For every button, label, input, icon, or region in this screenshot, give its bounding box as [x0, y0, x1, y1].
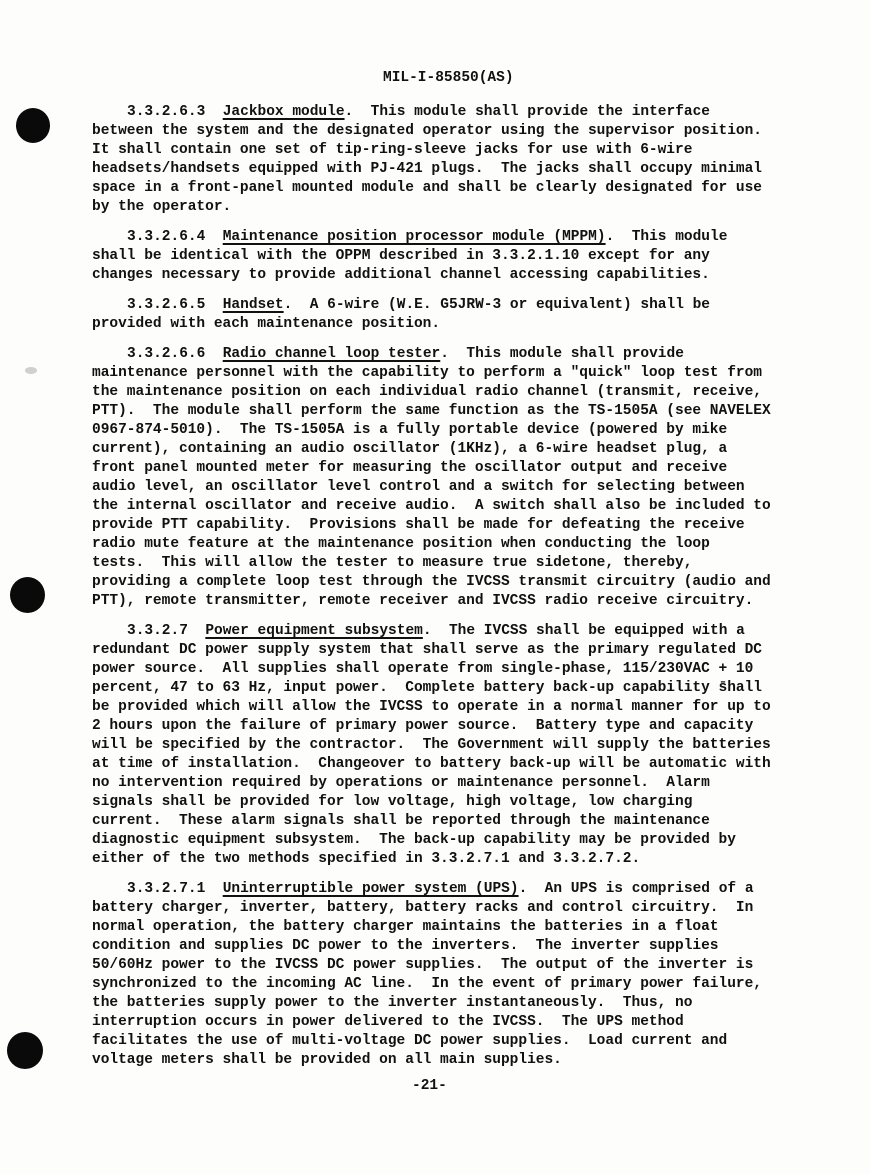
document-body: 3.3.2.6.3 Jackbox module. This module sh…: [92, 103, 804, 1070]
paragraph-3-3-2-6-6: 3.3.2.6.6 Radio channel loop tester. Thi…: [92, 345, 804, 611]
paragraph-3-3-2-7: 3.3.2.7 Power equipment subsystem. The I…: [92, 622, 804, 869]
section-number: 3.3.2.6.3: [127, 104, 223, 120]
document-page: MIL-I-85850(AS) 3.3.2.6.3 Jackbox module…: [0, 0, 870, 1174]
hole-punch-mark-bottom: [7, 1032, 43, 1069]
section-number: 3.3.2.6.6: [127, 346, 223, 362]
section-heading: Power equipment subsystem: [205, 623, 423, 639]
section-number: 3.3.2.6.5: [127, 297, 223, 313]
hole-punch-mark-middle: [10, 577, 45, 613]
section-body-text: . The IVCSS shall be equipped with a red…: [92, 623, 771, 867]
paragraph-3-3-2-6-4: 3.3.2.6.4 Maintenance position processor…: [92, 228, 804, 285]
section-heading: Handset: [223, 297, 284, 313]
scan-smudge: [25, 367, 37, 374]
section-number: 3.3.2.6.4: [127, 229, 223, 245]
section-heading: Maintenance position processor module (M…: [223, 229, 606, 245]
section-number: 3.3.2.7: [127, 623, 205, 639]
section-heading: Radio channel loop tester: [223, 346, 441, 362]
paragraph-3-3-2-6-3: 3.3.2.6.3 Jackbox module. This module sh…: [92, 103, 804, 217]
section-number: 3.3.2.7.1: [127, 881, 223, 897]
paragraph-3-3-2-7-1: 3.3.2.7.1 Uninterruptible power system (…: [92, 880, 804, 1070]
section-body-text: . This module shall provide the interfac…: [92, 104, 762, 215]
paragraph-3-3-2-6-5: 3.3.2.6.5 Handset. A 6-wire (W.E. G5JRW-…: [92, 296, 804, 334]
section-body-text: . An UPS is comprised of a battery charg…: [92, 881, 762, 1068]
document-number-header: MIL-I-85850(AS): [383, 69, 514, 88]
section-heading: Jackbox module: [223, 104, 345, 120]
hole-punch-mark-top: [16, 108, 50, 143]
section-heading: Uninterruptible power system (UPS): [223, 881, 519, 897]
section-body-text: . This module shall provide maintenance …: [92, 346, 771, 609]
page-number: -21-: [412, 1077, 447, 1096]
